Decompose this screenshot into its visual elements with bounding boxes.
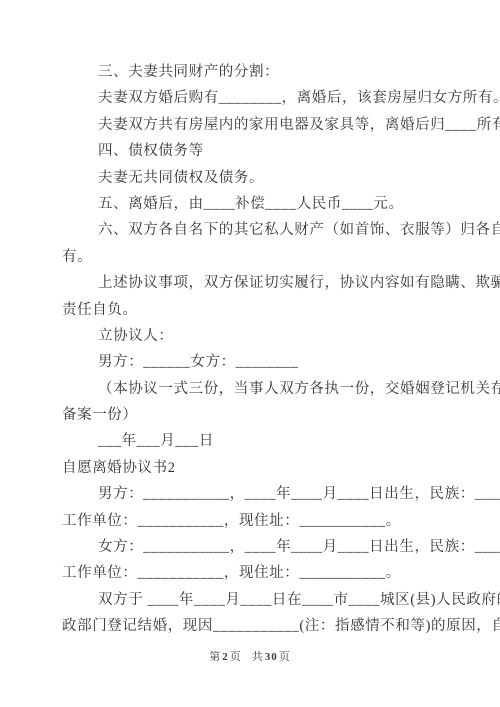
doc-line: 上述协议事项，双方保证切实履行，协议内容如有隐瞒、欺骗，: [62, 270, 450, 296]
signature-line: 男方：______女方：________: [62, 349, 450, 375]
doc-line: 夫妻双方婚后购有________，离婚后，该套房屋归女方所有。: [62, 85, 450, 111]
doc-line: 双方于 ____年____月____日在____市____城区(县)人民政府的民: [62, 587, 450, 613]
doc-line: 工作单位：___________，现住址：___________。: [62, 560, 450, 586]
footer-page-suffix: 页: [230, 651, 242, 663]
section-heading-3: 三、夫妻共同财产的分割：: [62, 59, 450, 85]
party-female-line: 女方：___________，____年____月____日出生，民族：____…: [62, 534, 450, 560]
doc-line: 政部门登记结婚，现因___________(注：指感情不和等)的原因，自: [62, 613, 450, 639]
doc-line: 工作单位：___________，现住址：___________。: [62, 508, 450, 534]
document-page: 三、夫妻共同财产的分割： 夫妻双方婚后购有________，离婚后，该套房屋归女…: [0, 0, 500, 640]
date-line: ___年___月___日: [62, 428, 450, 454]
footer-total-pages: 30: [264, 651, 279, 663]
party-male-line: 男方：___________，____年____月____日出生，民族：____…: [62, 481, 450, 507]
section-heading-6: 六、双方各自名下的其它私人财产（如首饰、衣服等）归各自所: [62, 217, 450, 243]
footer-total-prefix: 共: [252, 651, 264, 663]
footer-total-suffix: 页: [279, 651, 291, 663]
doc-line: 立协议人：: [62, 323, 450, 349]
doc-line: 夫妻无共同债权及债务。: [62, 165, 450, 191]
footer-page-number: 2: [221, 651, 230, 663]
section-heading-4: 四、债权债务等: [62, 138, 450, 164]
doc-line: 有。: [62, 244, 450, 270]
doc-line: 夫妻双方共有房屋内的家用电器及家具等，离婚后归____所有。: [62, 112, 450, 138]
section-heading-5: 五、离婚后，由____补偿____人民币____元。: [62, 191, 450, 217]
footer-page-prefix: 第: [209, 651, 221, 663]
page-footer: 第2页共30页: [0, 648, 500, 664]
doc-line: 责任自负。: [62, 297, 450, 323]
doc-line: （本协议一式三份，当事人双方各执一份，交婚姻登记机关存档: [62, 376, 450, 402]
doc-line: 备案一份）: [62, 402, 450, 428]
document-title: 自愿离婚协议书2: [62, 455, 450, 481]
